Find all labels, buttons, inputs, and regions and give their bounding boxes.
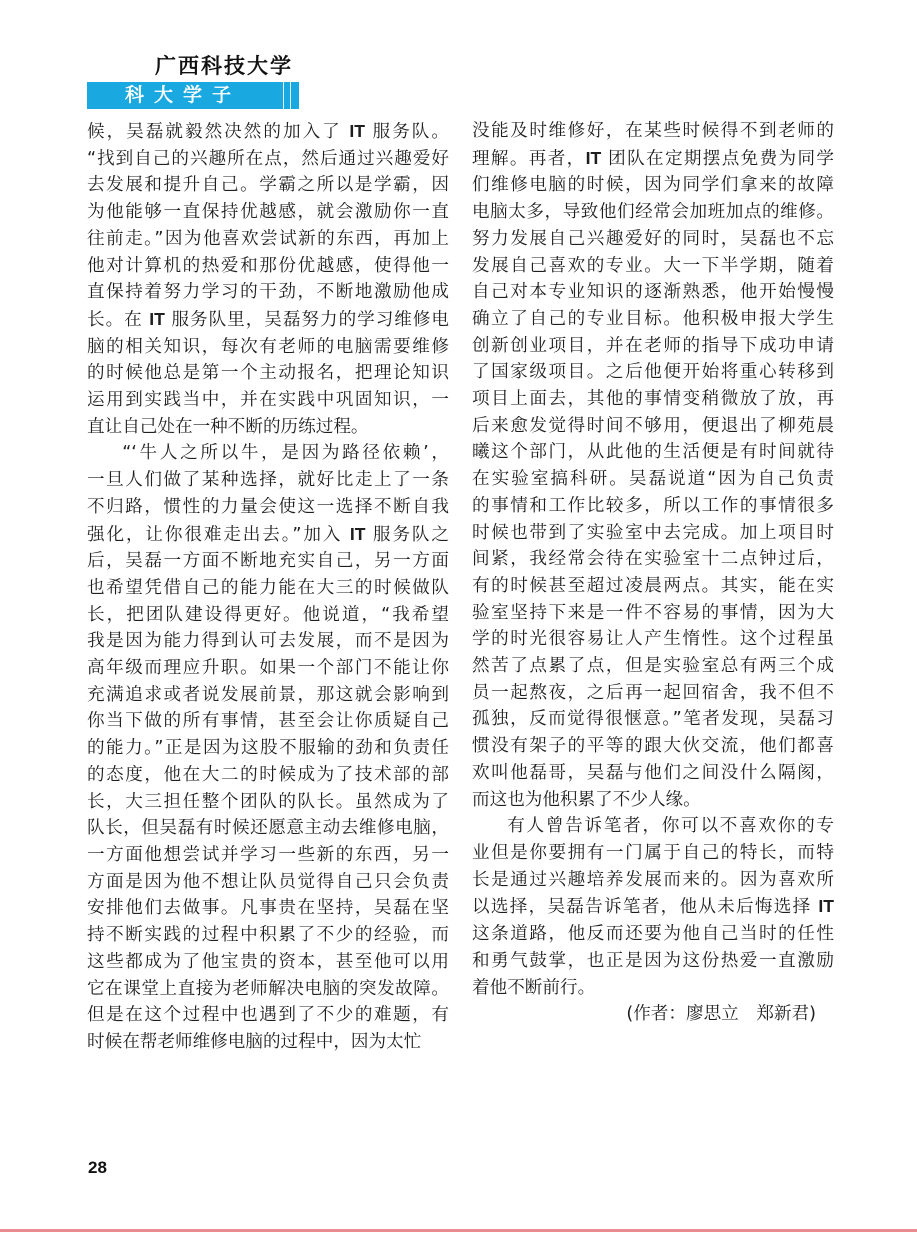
text-line: 长是通过兴趣培养发展而来的。因为喜欢所 xyxy=(472,867,834,894)
text-line: 欢叫他磊哥，吴磊与他们之间没什么隔阂， xyxy=(472,760,834,787)
text-line: 而这也为他积累了不少人缘。 xyxy=(472,787,834,814)
article-column-right: 没能及时维修好，在某些时候得不到老师的理解。再者，IT 团队在定期摆点免费为同学… xyxy=(472,118,834,1028)
text-line: 高年级而理应升职。如果一个部门不能让你 xyxy=(87,655,449,682)
text-line: 惯没有架子的平等的跟大伙交流，他们都喜 xyxy=(472,733,834,760)
text-line: 间紧，我经常会待在实验室十二点钟过后， xyxy=(472,546,834,573)
text-line: 他对计算机的热爱和那份优越感，使得他一 xyxy=(87,253,449,280)
text-line: 直让自己处在一种不断的历练过程。 xyxy=(87,414,449,441)
article-column-left: 候，吴磊就毅然决然的加入了 IT 服务队。“找到自己的兴趣所在点，然后通过兴趣爱… xyxy=(87,118,449,1056)
text-line: 持不断实践的过程中积累了不少的经验，而 xyxy=(87,922,449,949)
text-line: 后，吴磊一方面不断地充实自己，另一方面 xyxy=(87,548,449,575)
text-line: 为他能够一直保持优越感，就会激励你一直 xyxy=(87,199,449,226)
text-line: 自己对本专业知识的逐渐熟悉，他开始慢慢 xyxy=(472,279,834,306)
text-line: 创新创业项目，并在老师的指导下成功申请 xyxy=(472,333,834,360)
text-line: 努力发展自己兴趣爱好的同时，吴磊也不忘 xyxy=(472,226,834,253)
banner-stripe xyxy=(290,82,291,109)
text-line: 方面是因为他不想让队员觉得自己只会负责 xyxy=(87,869,449,896)
text-line: 长，把团队建设得更好。他说道，“我希望 xyxy=(87,602,449,629)
text-line: 后来愈发觉得时间不够用，便退出了柳苑晨 xyxy=(472,413,834,440)
text-line: 有的时候甚至超过凌晨两点。其实，能在实 xyxy=(472,573,834,600)
text-line: 曦这个部门，从此他的生活便是有时间就待 xyxy=(472,439,834,466)
text-line: 业但是你要拥有一门属于自己的特长，而特 xyxy=(472,840,834,867)
text-line: 时候也带到了实验室中去完成。加上项目时 xyxy=(472,520,834,547)
text-line: 电脑太多，导致他们经常会加班加点的维修。 xyxy=(472,199,834,226)
page-number: 28 xyxy=(88,1158,107,1178)
section-title: 科大学子 xyxy=(125,82,241,109)
text-line: 在实验室搞科研。吴磊说道“因为自己负责 xyxy=(472,466,834,493)
text-line: 学的时光很容易让人产生惰性。这个过程虽 xyxy=(472,626,834,653)
university-name: 广西科技大学 xyxy=(155,52,300,80)
text-line: 直保持着努力学习的干劲，不断地激励他成 xyxy=(87,279,449,306)
text-line: 的能力。”正是因为这股不服输的劲和负责任 xyxy=(87,735,449,762)
text-line: 一旦人们做了某种选择，就好比走上了一条 xyxy=(87,467,449,494)
text-line: 以选择，吴磊告诉笔者，他从未后悔选择 IT xyxy=(472,893,834,921)
text-line: 和勇气鼓掌，也正是因为这份热爱一直激励 xyxy=(472,948,834,975)
text-line: 没能及时维修好，在某些时候得不到老师的 xyxy=(472,118,834,145)
text-line: 们维修电脑的时候，因为同学们拿来的故障 xyxy=(472,172,834,199)
text-line: 验室坚持下来是一件不容易的事情，因为大 xyxy=(472,600,834,627)
text-line: 也希望凭借自己的能力能在大三的时候做队 xyxy=(87,575,449,602)
text-line: 它在课堂上直接为老师解决电脑的突发故障。 xyxy=(87,976,449,1003)
banner-stripe xyxy=(283,82,284,109)
text-line: 理解。再者，IT 团队在定期摆点免费为同学 xyxy=(472,145,834,173)
text-line: 我是因为能力得到认可去发展，而不是因为 xyxy=(87,628,449,655)
text-line: 时候在帮老师维修电脑的过程中，因为太忙 xyxy=(87,1029,449,1056)
text-line: “‘牛人之所以牛，是因为路径依赖’， xyxy=(87,440,449,467)
text-line: 这些都成为了他宝贵的资本，甚至他可以用 xyxy=(87,949,449,976)
footer-rule xyxy=(0,1229,917,1232)
text-line: 往前走。”因为他喜欢尝试新的东西，再加上 xyxy=(87,226,449,253)
text-line: 脑的相关知识，每次有老师的电脑需要维修 xyxy=(87,334,449,361)
text-line: 孤独，反而觉得很惬意。”笔者发现，吴磊习 xyxy=(472,706,834,733)
text-line: 去发展和提升自己。学霸之所以是学霸，因 xyxy=(87,172,449,199)
text-line: 项目上面去，其他的事情变稍微放了放，再 xyxy=(472,386,834,413)
text-line: 长，大三担任整个团队的队长。虽然成为了 xyxy=(87,789,449,816)
author-byline: (作者：廖思立 郑新君) xyxy=(472,1001,834,1028)
text-line: 队长，但吴磊有时候还愿意主动去维修电脑， xyxy=(87,815,449,842)
text-line: 但是在这个过程中也遇到了不少的难题，有 xyxy=(87,1002,449,1029)
section-banner: 科大学子 xyxy=(87,82,299,109)
text-line: 长。在 IT 服务队里，吴磊努力的学习维修电 xyxy=(87,306,449,334)
text-line: 的态度，他在大二的时候成为了技术部的部 xyxy=(87,762,449,789)
text-line: 有人曾告诉笔者，你可以不喜欢你的专 xyxy=(472,813,834,840)
text-line: 然苦了点累了点，但是实验室总有两三个成 xyxy=(472,653,834,680)
text-line: 了国家级项目。之后他便开始将重心转移到 xyxy=(472,359,834,386)
text-line: 着他不断前行。 xyxy=(472,975,834,1002)
text-line: 强化，让你很难走出去。”加入 IT 服务队之 xyxy=(87,521,449,549)
text-line: 的事情和工作比较多，所以工作的事情很多 xyxy=(472,493,834,520)
text-line: 充满追求或者说发展前景，那这就会影响到 xyxy=(87,682,449,709)
text-line: 的时候他总是第一个主动报名，把理论知识 xyxy=(87,360,449,387)
text-line: 这条道路，他反而还要为他自己当时的任性 xyxy=(472,921,834,948)
text-line: “找到自己的兴趣所在点，然后通过兴趣爱好 xyxy=(87,146,449,173)
text-line: 运用到实践当中，并在实践中巩固知识，一 xyxy=(87,387,449,414)
text-line: 你当下做的所有事情，甚至会让你质疑自己 xyxy=(87,708,449,735)
text-line: 确立了自己的专业目标。他积极申报大学生 xyxy=(472,306,834,333)
text-line: 不归路，惯性的力量会使这一选择不断自我 xyxy=(87,494,449,521)
text-line: 候，吴磊就毅然决然的加入了 IT 服务队。 xyxy=(87,118,449,146)
text-line: 发展自己喜欢的专业。大一下半学期，随着 xyxy=(472,253,834,280)
text-line: 员一起熬夜，之后再一起回宿舍，我不但不 xyxy=(472,680,834,707)
text-line: 安排他们去做事。凡事贵在坚持，吴磊在坚 xyxy=(87,895,449,922)
text-line: 一方面他想尝试并学习一些新的东西，另一 xyxy=(87,842,449,869)
